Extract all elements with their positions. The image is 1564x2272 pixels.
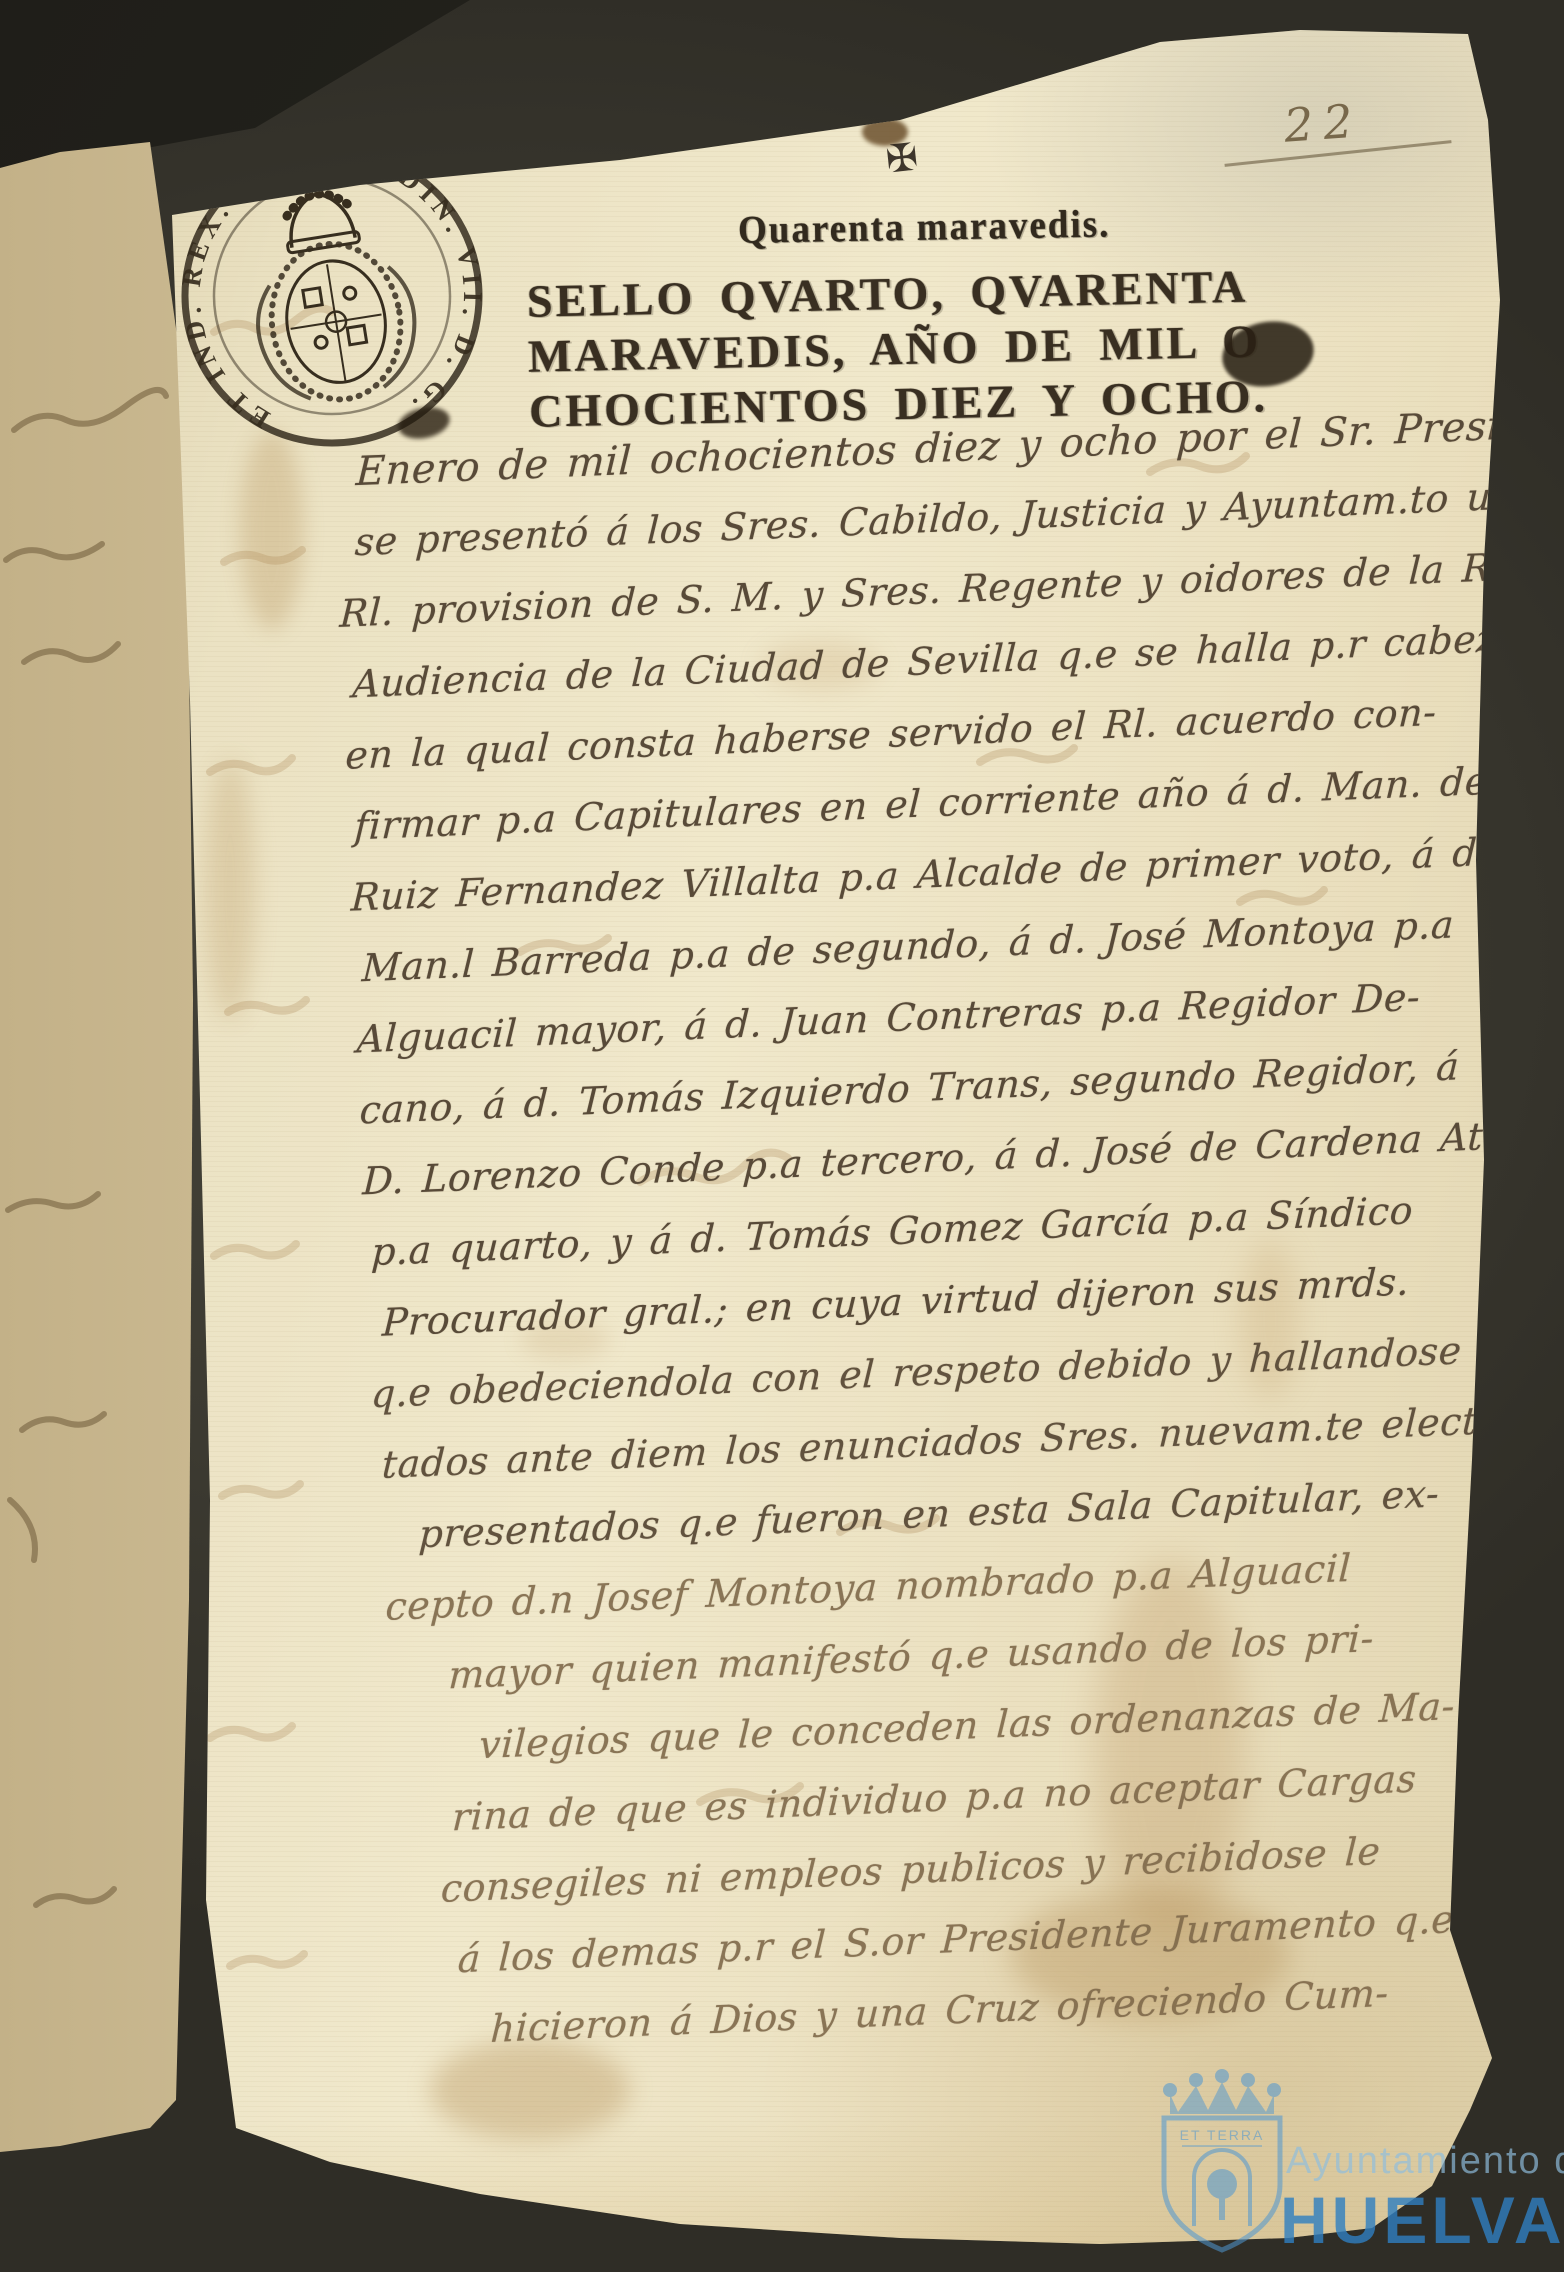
watermark-crown-icon (1163, 2069, 1281, 2114)
paper-stain (205, 760, 255, 1020)
archival-scan-photo: { "document": { "folio_number": "22", "t… (0, 0, 1564, 2272)
huelva-coat-of-arms-watermark: ET TERRA (1142, 2068, 1302, 2258)
coat-of-arms-shield (247, 232, 426, 411)
watermark-shield-motto: ET TERRA (1180, 2127, 1265, 2143)
stamp-duty-line: Quarenta maravedis. (738, 201, 1111, 253)
watermark-city-label: HUELVA (1280, 2182, 1564, 2258)
manuscript-text-block: Enero de mil ochocientos diez y ocho por… (332, 403, 1564, 2082)
tax-stamp-text: SELLO QVARTO, QVARENTA MARAVEDIS, AÑO DE… (526, 258, 1268, 438)
watermark-tree-icon (1207, 2169, 1237, 2220)
stamp-fleuron-ornament: ✠ (884, 134, 920, 182)
document-page: FERDIN. VII. D. G. ET IND. REX. ✠ Quaren… (0, 0, 1564, 2272)
folio-number: 22 (1282, 93, 1364, 152)
watermark-institution-label: Ayuntamiento de (1286, 2140, 1564, 2183)
